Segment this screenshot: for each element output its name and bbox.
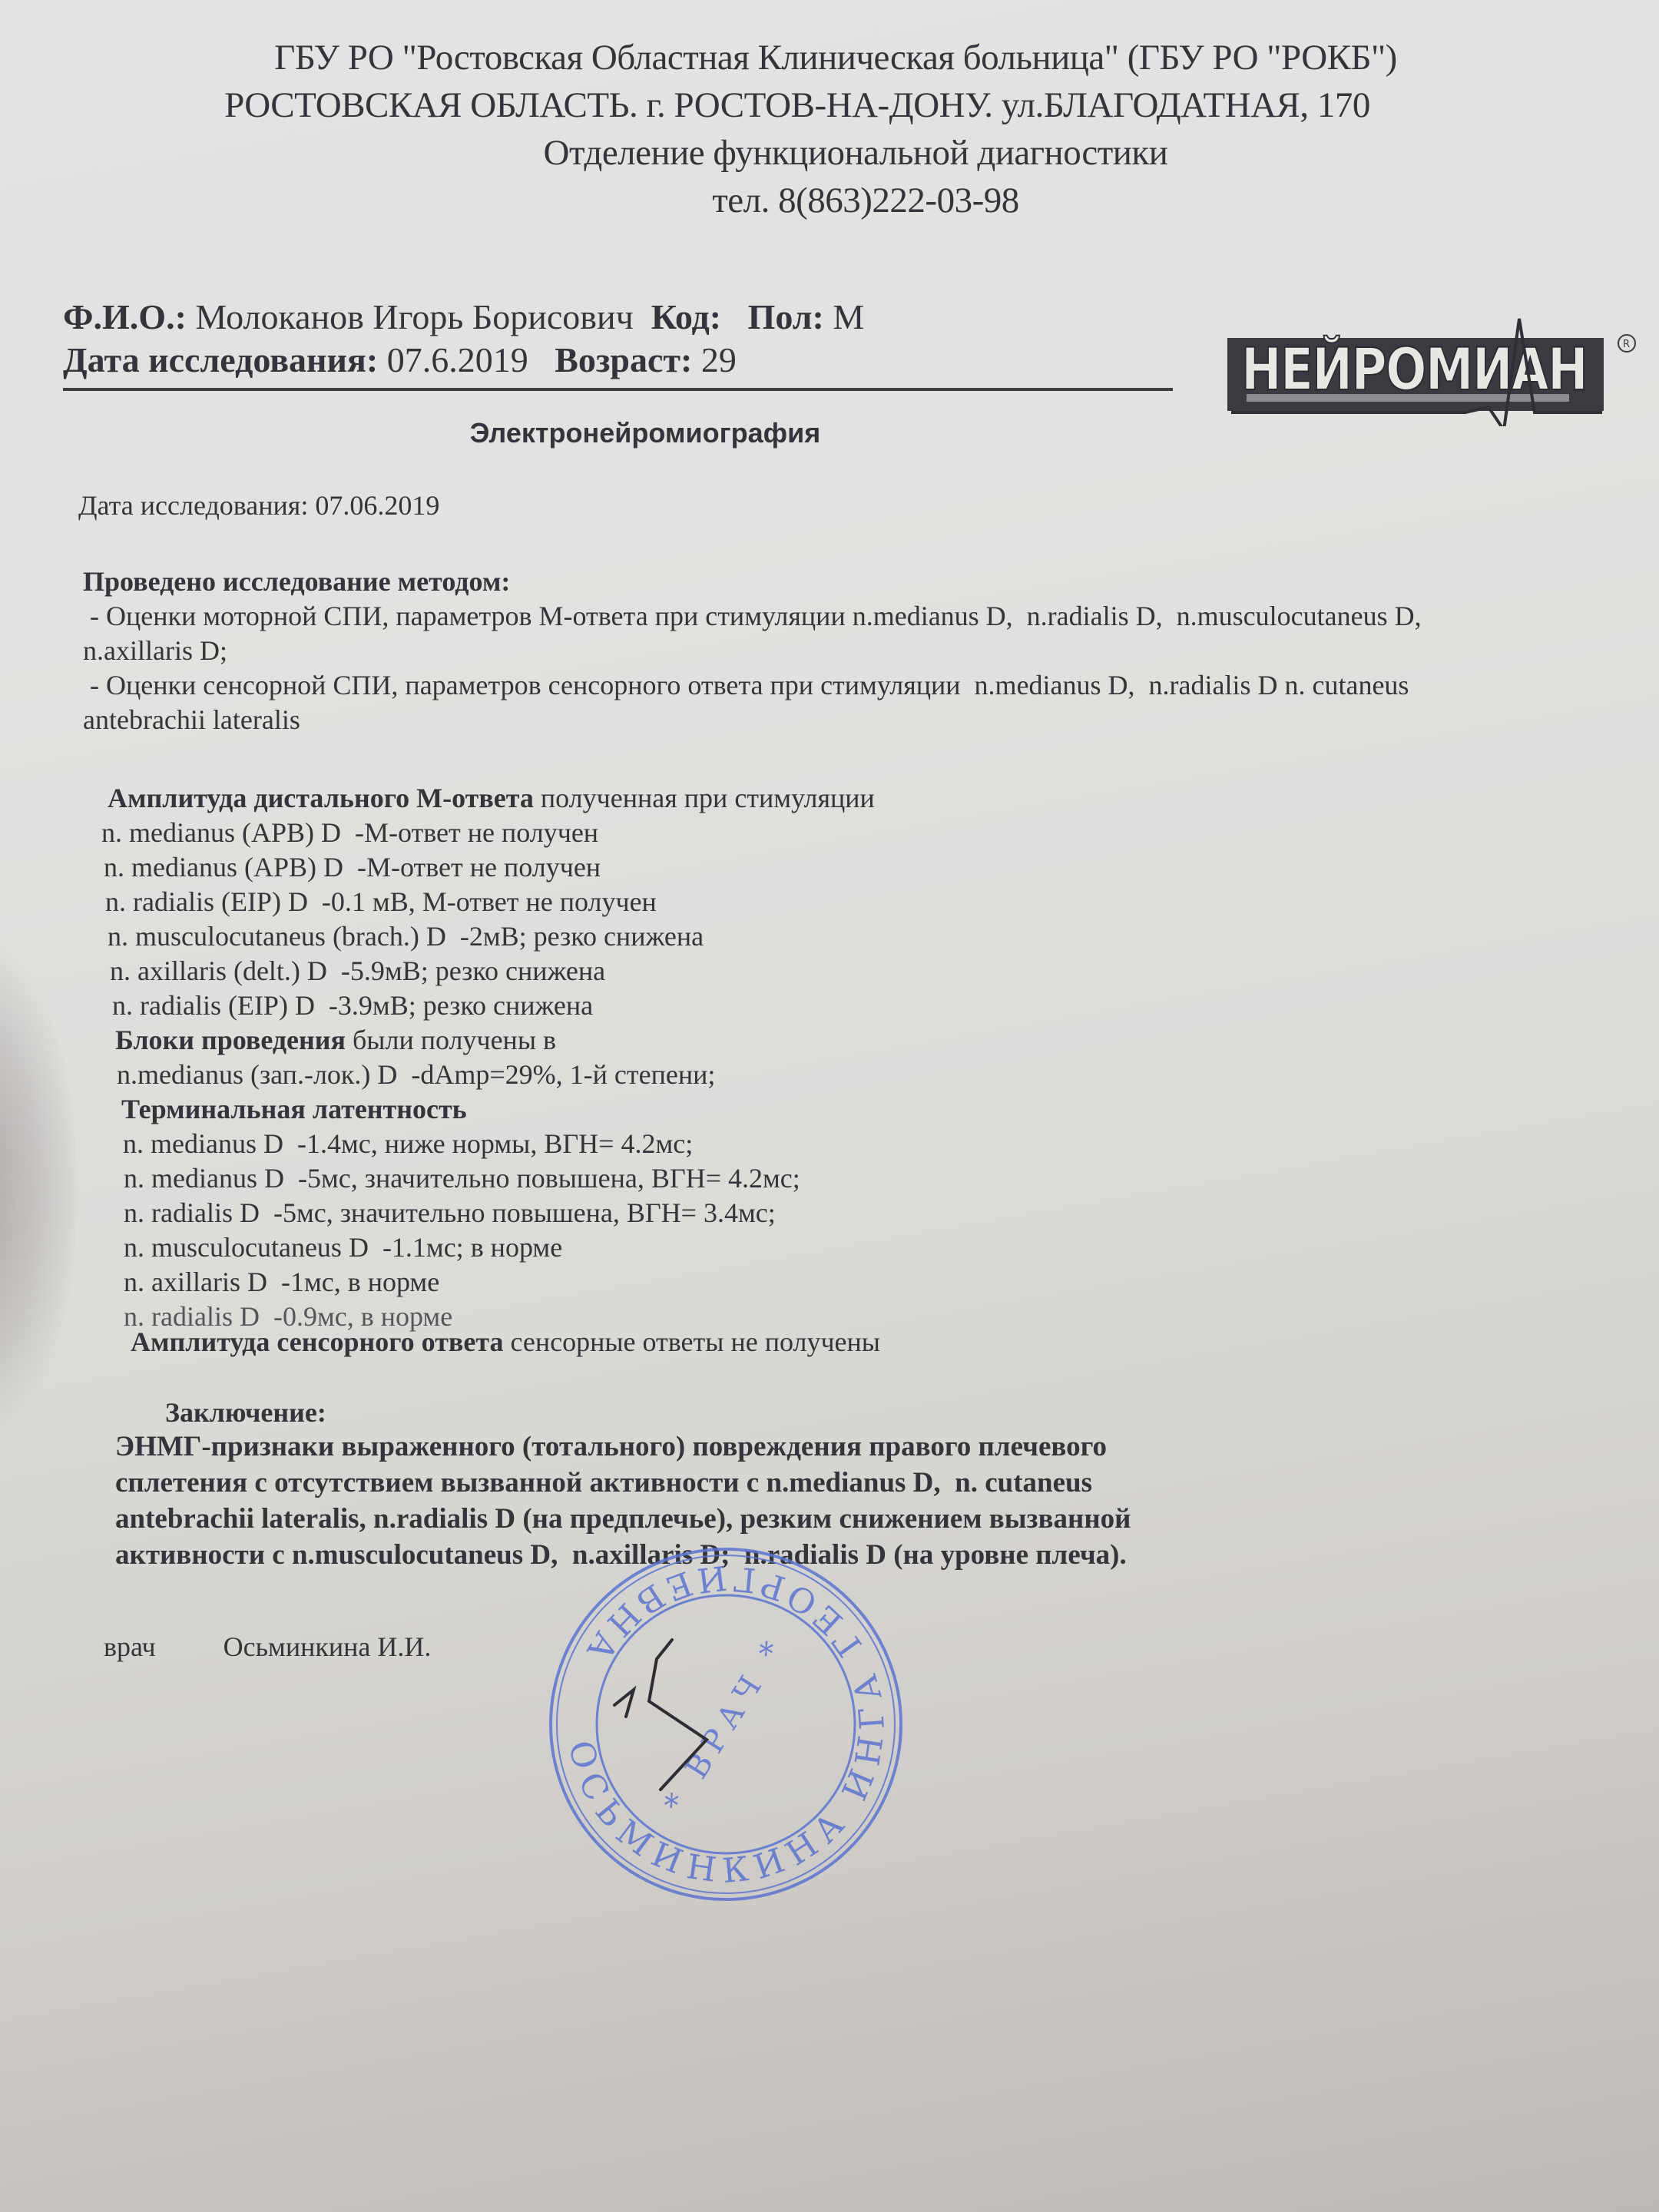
patient-age: 29 — [701, 340, 737, 379]
study-date-line: Дата исследования: 07.06.2019 — [78, 488, 439, 523]
conclusion-line: antebrachii lateralis, n.radialis D (на … — [115, 1501, 1131, 1537]
svg-text:R: R — [1623, 339, 1630, 350]
latency-row: n. radialis D -5мс, значительно повышена… — [124, 1196, 776, 1230]
amplitude-row: n. radialis (EIP) D -0.1 мВ, М-ответ не … — [105, 885, 657, 919]
amplitude-row: n. musculocutaneus (brach.) D -2мВ; резк… — [108, 919, 704, 954]
amplitude-row: n. medianus (APB) D -М-ответ не получен — [101, 816, 598, 850]
blocks-heading: Блоки проведения были получены в — [115, 1023, 556, 1058]
conclusion-heading: Заключение: — [165, 1396, 326, 1430]
methods-line: - Оценки моторной СПИ, параметров М-отве… — [83, 599, 1422, 634]
patient-name: Молоканов Игорь Борисович — [195, 297, 633, 336]
blocks-heading-bold: Блоки проведения — [115, 1025, 346, 1055]
code-label: Код: — [651, 297, 721, 336]
latency-row: n. medianus D -1.4мс, ниже нормы, ВГН= 4… — [123, 1127, 693, 1161]
signature-role: врач — [104, 1631, 156, 1662]
latency-heading-text: Терминальная латентность — [121, 1094, 467, 1124]
blocks-row: n.medianus (зап.-лок.) D -dAmp=29%, 1-й … — [117, 1058, 715, 1092]
study-date-value: 07.6.2019 — [387, 340, 528, 379]
department-name: Отделение функциональной диагностики — [26, 129, 1659, 177]
amplitude-row: n. medianus (APB) D -М-ответ не получен — [104, 850, 601, 885]
patient-row-2: Дата исследования: 07.6.2019 Возраст: 29 — [63, 339, 1173, 382]
name-label: Ф.И.О.: — [63, 297, 187, 336]
hospital-header: ГБУ РО "Ростовская Областная Клиническая… — [0, 34, 1659, 224]
patient-row-1: Ф.И.О.: Молоканов Игорь Борисович Код: П… — [63, 296, 1173, 339]
amplitude-heading-rest: полученная при стимуляции — [534, 783, 875, 813]
methods-section: Проведено исследование методом: - Оценки… — [83, 565, 1422, 737]
hospital-name: ГБУ РО "Ростовская Областная Клиническая… — [6, 34, 1659, 81]
signature-name: Осьминкина И.И. — [224, 1631, 432, 1662]
latency-row: n. medianus D -5мс, значительно повышена… — [124, 1161, 800, 1196]
svg-text:НЕЙРОМИАН: НЕЙРОМИАН — [1241, 335, 1587, 403]
svg-text:* ВРАЧ *: * ВРАЧ * — [657, 1629, 794, 1819]
sensory-heading: Амплитуда сенсорного ответа сенсорные от… — [131, 1325, 880, 1359]
conclusion-line: ЭНМГ-признаки выраженного (тотального) п… — [115, 1429, 1131, 1465]
latency-row: n. musculocutaneus D -1.1мс; в норме — [124, 1230, 562, 1265]
amplitude-heading: Амплитуда дистального М-ответа полученна… — [108, 781, 875, 816]
amplitude-row: n. axillaris (delt.) D -5.9мВ; резко сни… — [110, 954, 605, 988]
patient-sex: М — [833, 297, 864, 336]
conclusion-heading-text: Заключение: — [165, 1397, 326, 1428]
methods-line: n.axillaris D; — [83, 634, 1422, 668]
latency-row: n. axillaris D -1мс, в норме — [124, 1265, 439, 1300]
sex-label: Пол: — [748, 297, 824, 336]
methods-heading: Проведено исследование методом: — [83, 566, 510, 597]
sensory-heading-bold: Амплитуда сенсорного ответа — [131, 1326, 503, 1357]
latency-heading: Терминальная латентность — [121, 1092, 467, 1127]
hand-shadow — [0, 945, 77, 1436]
blocks-heading-rest: были получены в — [346, 1025, 556, 1055]
sensory-heading-rest: сенсорные ответы не получены — [503, 1326, 880, 1357]
amplitude-row: n. radialis (EIP) D -3.9мВ; резко снижен… — [112, 988, 593, 1023]
methods-line: antebrachii lateralis — [83, 703, 1422, 737]
date-label: Дата исследования: — [63, 340, 378, 379]
hospital-address: РОСТОВСКАЯ ОБЛАСТЬ. г. РОСТОВ-НА-ДОНУ. у… — [0, 81, 1627, 129]
amplitude-heading-bold: Амплитуда дистального М-ответа — [108, 783, 534, 813]
neuromian-logo-icon: НЕЙРОМИАН R — [1212, 303, 1642, 426]
patient-info: Ф.И.О.: Молоканов Игорь Борисович Код: П… — [63, 296, 1173, 382]
age-label: Возраст: — [555, 340, 692, 379]
methods-line: - Оценки сенсорной СПИ, параметров сенсо… — [83, 668, 1422, 703]
header-rule — [63, 388, 1173, 391]
document-title: Электронейромиография — [0, 417, 1475, 449]
conclusion-line: сплетения с отсутствием вызванной активн… — [115, 1465, 1131, 1501]
department-phone: тел. 8(863)222-03-98 — [36, 177, 1659, 224]
signature-line: врач Осьминкина И.И. — [104, 1630, 431, 1664]
doctor-stamp-icon: ОСЬМИНКИНА ИНГА ГЕОРГИЕВНА * ВРАЧ * — [541, 1544, 910, 1905]
